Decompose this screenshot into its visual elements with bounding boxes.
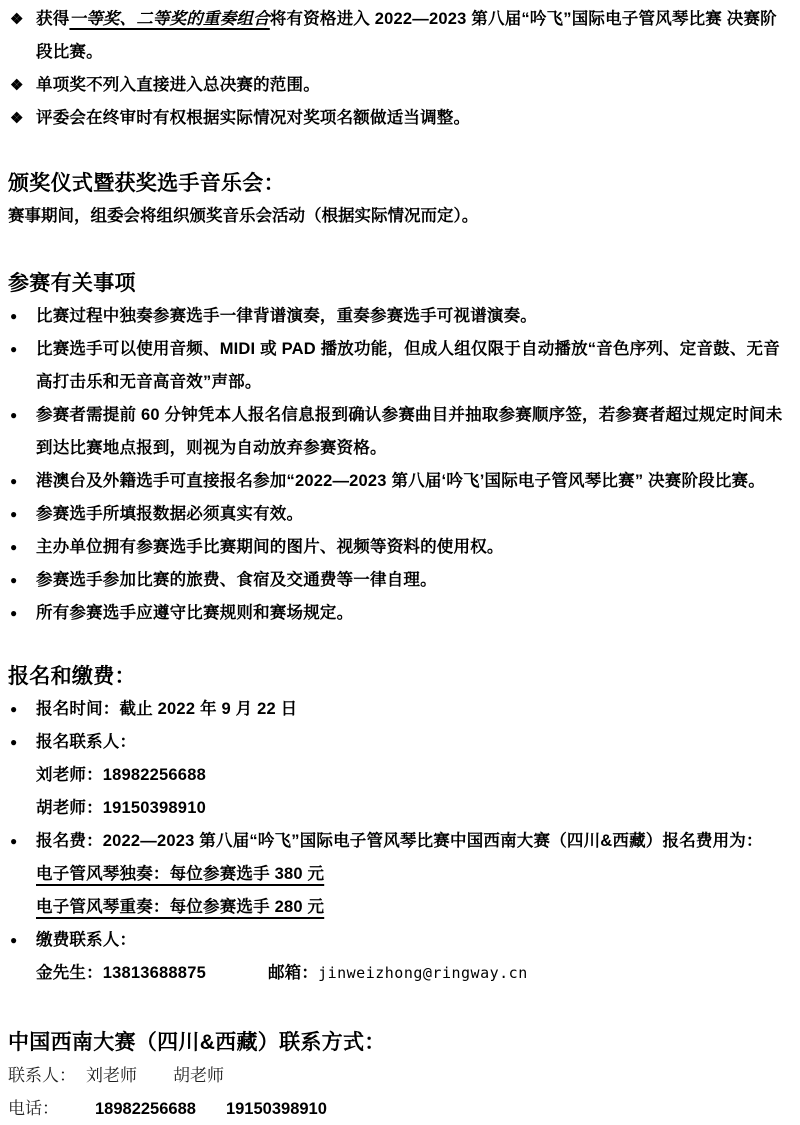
payment-contact-block: 缴费联系人： 金先生：13813688875邮箱：jinweizhong@rin… — [36, 924, 790, 990]
registration-contact-hu: 胡老师：19150398910 — [36, 792, 790, 825]
payment-contact-label: 缴费联系人： — [36, 924, 790, 957]
list-item: ● 比赛选手可以使用音频、MIDI 或 PAD 播放功能，但成人组仅限于自动播放… — [8, 333, 790, 399]
participation-item: 港澳台及外籍选手可直接报名参加“2022—2023 第八届‘吟飞’国际电子管风琴… — [36, 465, 790, 498]
list-item: ❖ 获得一等奖、二等奖的重奏组合将有资格进入 2022—2023 第八届“吟飞”… — [8, 3, 790, 69]
participation-item: 参赛选手所填报数据必须真实有效。 — [36, 498, 790, 531]
list-item: ❖ 单项奖不列入直接进入总决赛的范围。 — [8, 69, 790, 102]
registration-contact-liu: 刘老师：18982256688 — [36, 759, 790, 792]
footer-phone-2: 19150398910 — [226, 1100, 327, 1118]
participation-item: 主办单位拥有参赛选手比赛期间的图片、视频等资料的使用权。 — [36, 531, 790, 564]
dot-bullet-icon: ● — [8, 726, 36, 825]
participation-item: 所有参赛选手应遵守比赛规则和赛场规定。 — [36, 597, 790, 630]
participation-item: 比赛选手可以使用音频、MIDI 或 PAD 播放功能，但成人组仅限于自动播放“音… — [36, 333, 790, 399]
dot-bullet-icon: ● — [8, 498, 36, 531]
registration-fee-intro: 报名费：2022—2023 第八届“吟飞”国际电子管风琴比赛中国西南大赛（四川&… — [36, 825, 790, 858]
list-item: ● 报名联系人： 刘老师：18982256688 胡老师：19150398910 — [8, 726, 790, 825]
participation-item: 比赛过程中独奏参赛选手一律背谱演奏，重奏参赛选手可视谱演奏。 — [36, 300, 790, 333]
payment-email-group: 邮箱：jinweizhong@ringway.cn — [268, 964, 528, 982]
footer-persons-label: 联系人： — [8, 1066, 76, 1085]
list-item: ● 比赛过程中独奏参赛选手一律背谱演奏，重奏参赛选手可视谱演奏。 — [8, 300, 790, 333]
dot-bullet-icon: ● — [8, 825, 36, 924]
payment-contact-line: 金先生：13813688875邮箱：jinweizhong@ringway.cn — [36, 957, 790, 990]
list-item: ● 报名时间：截止 2022 年 9 月 22 日 — [8, 693, 790, 726]
dot-bullet-icon: ● — [8, 924, 36, 990]
list-item: ● 所有参赛选手应遵守比赛规则和赛场规定。 — [8, 597, 790, 630]
dot-bullet-icon: ● — [8, 693, 36, 726]
footer-phone-label: 电话： — [8, 1099, 59, 1118]
footer-phone-1: 18982256688 — [95, 1100, 196, 1118]
footer-persons-line: 联系人：刘老师胡老师 — [8, 1059, 790, 1092]
payment-email-label: 邮箱： — [268, 964, 318, 982]
participation-bullet-list: ● 比赛过程中独奏参赛选手一律背谱演奏，重奏参赛选手可视谱演奏。 ● 比赛选手可… — [8, 300, 790, 630]
ceremony-body: 赛事期间，组委会将组织颁奖音乐会活动（根据实际情况而定）。 — [8, 200, 790, 233]
section-heading-participation: 参赛有关事项 — [8, 267, 790, 300]
footer-person-liu: 刘老师 — [86, 1066, 137, 1085]
participation-item: 参赛者需提前 60 分钟凭本人报名信息报到确认参赛曲目并抽取参赛顺序签，若参赛者… — [36, 399, 790, 465]
dot-bullet-icon: ● — [8, 465, 36, 498]
registration-deadline: 报名时间：截止 2022 年 9 月 22 日 — [36, 693, 790, 726]
dot-bullet-icon: ● — [8, 531, 36, 564]
list-item: ● 参赛选手所填报数据必须真实有效。 — [8, 498, 790, 531]
intro-item-1-emphasis: 一等奖、二等奖的重奏组合 — [69, 10, 269, 28]
document-page: ❖ 获得一等奖、二等奖的重奏组合将有资格进入 2022—2023 第八届“吟飞”… — [0, 0, 800, 1125]
section-heading-footer-contact: 中国西南大赛（四川&西藏）联系方式： — [8, 1026, 790, 1059]
list-item: ● 参赛者需提前 60 分钟凭本人报名信息报到确认参赛曲目并抽取参赛顺序签，若参… — [8, 399, 790, 465]
registration-fee-solo: 电子管风琴独奏：每位参赛选手 380 元 — [36, 858, 790, 891]
participation-item: 参赛选手参加比赛的旅费、食宿及交通费等一律自理。 — [36, 564, 790, 597]
registration-bullet-list: ● 报名时间：截止 2022 年 9 月 22 日 ● 报名联系人： 刘老师：1… — [8, 693, 790, 990]
intro-item-1: 获得一等奖、二等奖的重奏组合将有资格进入 2022—2023 第八届“吟飞”国际… — [36, 3, 790, 69]
registration-fee-block: 报名费：2022—2023 第八届“吟飞”国际电子管风琴比赛中国西南大赛（四川&… — [36, 825, 790, 924]
diamond-bullet-icon: ❖ — [8, 102, 36, 135]
registration-contact-block: 报名联系人： 刘老师：18982256688 胡老师：19150398910 — [36, 726, 790, 825]
registration-fee-ensemble: 电子管风琴重奏：每位参赛选手 280 元 — [36, 891, 790, 924]
dot-bullet-icon: ● — [8, 399, 36, 465]
list-item: ❖ 评委会在终审时有权根据实际情况对奖项名额做适当调整。 — [8, 102, 790, 135]
registration-contact-label: 报名联系人： — [36, 726, 790, 759]
diamond-bullet-icon: ❖ — [8, 3, 36, 69]
dot-bullet-icon: ● — [8, 300, 36, 333]
dot-bullet-icon: ● — [8, 564, 36, 597]
dot-bullet-icon: ● — [8, 333, 36, 399]
intro-item-1-pre: 获得 — [36, 10, 69, 28]
footer-person-hu: 胡老师 — [173, 1066, 224, 1085]
intro-bullet-list: ❖ 获得一等奖、二等奖的重奏组合将有资格进入 2022—2023 第八届“吟飞”… — [8, 3, 790, 135]
intro-item-2: 单项奖不列入直接进入总决赛的范围。 — [36, 69, 790, 102]
section-heading-ceremony: 颁奖仪式暨获奖选手音乐会： — [8, 167, 790, 200]
list-item: ● 报名费：2022—2023 第八届“吟飞”国际电子管风琴比赛中国西南大赛（四… — [8, 825, 790, 924]
payment-contact-name: 金先生：13813688875 — [36, 964, 206, 982]
dot-bullet-icon: ● — [8, 597, 36, 630]
list-item: ● 参赛选手参加比赛的旅费、食宿及交通费等一律自理。 — [8, 564, 790, 597]
payment-email-address: jinweizhong@ringway.cn — [318, 964, 528, 982]
diamond-bullet-icon: ❖ — [8, 69, 36, 102]
list-item: ● 港澳台及外籍选手可直接报名参加“2022—2023 第八届‘吟飞’国际电子管… — [8, 465, 790, 498]
list-item: ● 缴费联系人： 金先生：13813688875邮箱：jinweizhong@r… — [8, 924, 790, 990]
intro-item-3: 评委会在终审时有权根据实际情况对奖项名额做适当调整。 — [36, 102, 790, 135]
list-item: ● 主办单位拥有参赛选手比赛期间的图片、视频等资料的使用权。 — [8, 531, 790, 564]
section-heading-registration: 报名和缴费： — [8, 660, 790, 693]
footer-phone-line: 电话：1898225668819150398910 — [8, 1092, 790, 1125]
